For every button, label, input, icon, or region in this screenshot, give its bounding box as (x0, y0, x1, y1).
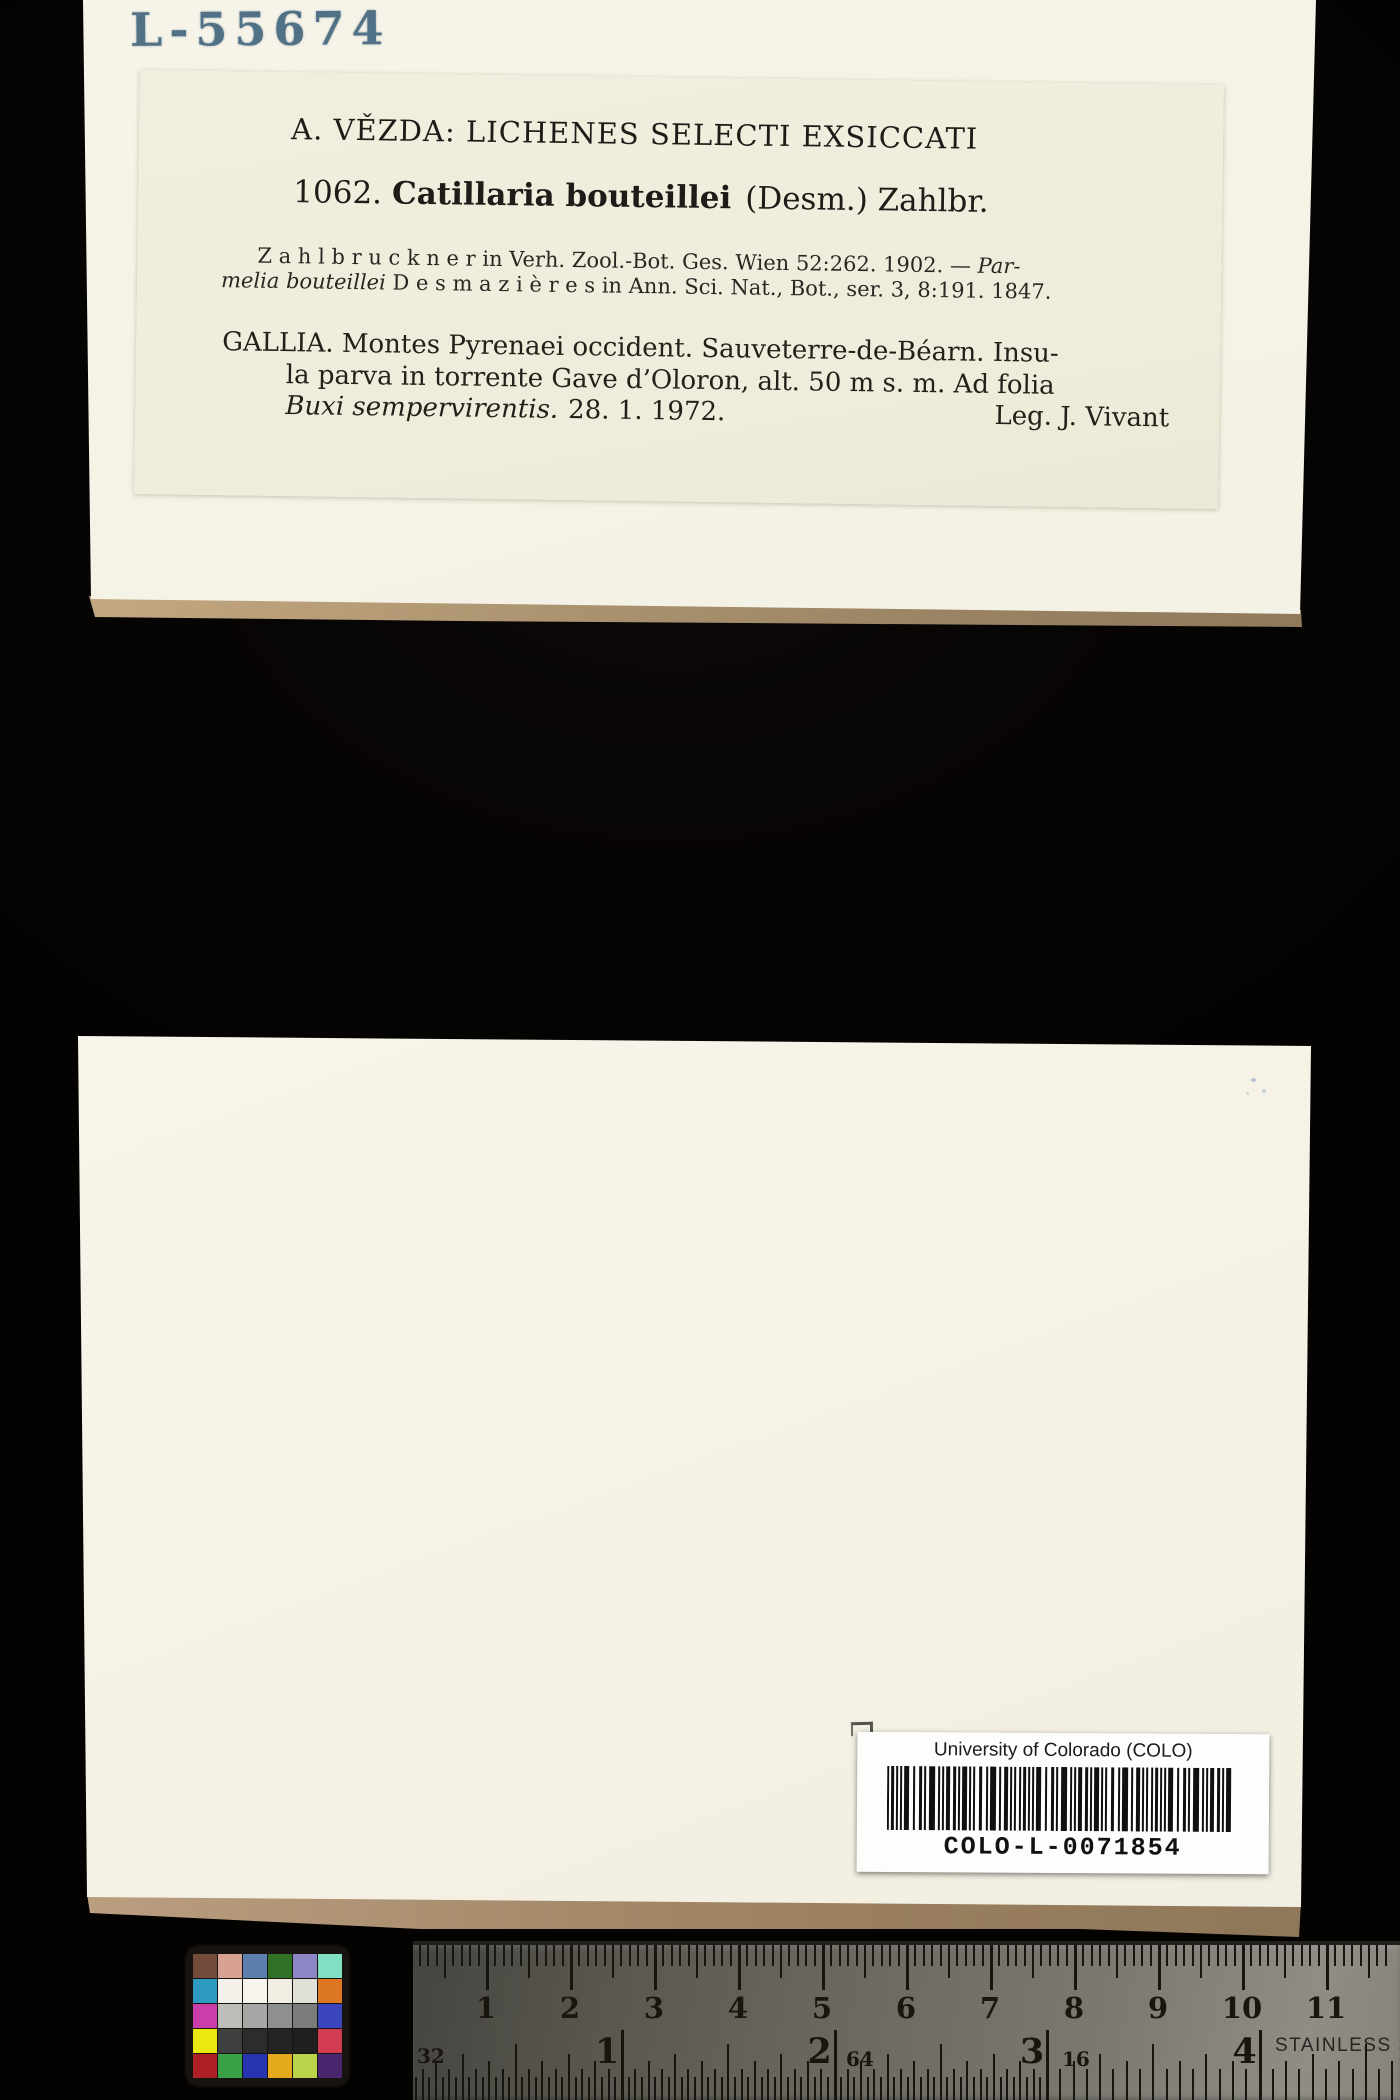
cm-tick (1326, 1945, 1329, 1990)
inch-tick (754, 2061, 756, 2100)
barcode-number: COLO-L-0071854 (857, 1832, 1269, 1864)
cm-tick (1259, 1945, 1261, 1966)
cm-tick (444, 1945, 446, 1978)
inch-tick (588, 2077, 590, 2100)
inch-tick (415, 2077, 417, 2100)
inch-number: 4 (1232, 2031, 1256, 2072)
cm-tick (1091, 1945, 1093, 1966)
species-name: Catillaria bouteillei (392, 176, 732, 217)
inch-tick (1013, 2077, 1015, 2100)
inch-tick (661, 2069, 663, 2100)
collection-date: 28. 1. 1972. (568, 395, 726, 429)
inch-tick (568, 2054, 570, 2100)
cm-tick (814, 1945, 816, 1966)
inch-tick (1152, 2044, 1154, 2100)
ink-speck (1262, 1089, 1266, 1093)
color-patch (193, 2029, 217, 2053)
cm-tick (982, 1945, 984, 1966)
label-series-title: A. VĚZDA: LICHENES SELECTI EXSICCATI (291, 112, 979, 156)
cm-tick (646, 1945, 648, 1966)
cm-tick (1082, 1945, 1084, 1966)
cm-tick (906, 1945, 909, 1990)
cm-tick (914, 1945, 916, 1966)
cm-tick (452, 1945, 454, 1966)
color-patch (318, 2029, 342, 2053)
cm-tick (671, 1945, 673, 1966)
inch-tick (515, 2044, 517, 2100)
cm-number: 5 (812, 1991, 832, 2025)
cm-number: 6 (896, 1991, 916, 2025)
inch-tick (1000, 2077, 1002, 2100)
cm-tick (1360, 1945, 1362, 1966)
inch-tick (920, 2077, 922, 2100)
cm-tick (553, 1945, 555, 1966)
inch-tick (834, 2030, 837, 2100)
cm-tick (1318, 1945, 1320, 1966)
inch-tick (1099, 2054, 1101, 2100)
inch-tick (827, 2077, 829, 2100)
cm-number: 2 (560, 1991, 580, 2025)
cm-tick (654, 1945, 657, 1990)
cm-tick (839, 1945, 841, 1966)
cm-tick (1032, 1945, 1034, 1978)
cm-tick (637, 1945, 639, 1966)
inch-tick (761, 2077, 763, 2100)
cm-tick (1343, 1945, 1345, 1966)
inch-tick (814, 2077, 816, 2100)
color-patch (268, 2004, 292, 2028)
cm-tick (738, 1945, 741, 1990)
cm-tick (1284, 1945, 1286, 1978)
cm-tick (1301, 1945, 1303, 1966)
cm-tick (830, 1945, 832, 1966)
cm-tick (570, 1945, 573, 1990)
inch-tick (1312, 2054, 1314, 2100)
specimen-photo: L-55674 A. VĚZDA: LICHENES SELECTI EXSIC… (0, 0, 1400, 2100)
inch-tick (687, 2069, 689, 2100)
inch-tick (428, 2077, 430, 2100)
inch-tick (734, 2077, 736, 2100)
color-patch (293, 2029, 317, 2053)
cm-number: 10 (1222, 1991, 1262, 2025)
color-patch (243, 2054, 267, 2078)
inch-tick (482, 2077, 484, 2100)
cm-tick (898, 1945, 900, 1966)
inch-number: 2 (807, 2031, 831, 2072)
inch-tick (1112, 2069, 1114, 2100)
color-chart-grid (193, 1954, 342, 2078)
cm-tick (1158, 1945, 1161, 1990)
cm-tick (469, 1945, 471, 1966)
fraction-label-64: 64 (846, 2047, 874, 2071)
inch-tick (614, 2077, 616, 2100)
inch-tick (973, 2077, 975, 2100)
cm-tick (772, 1945, 774, 1966)
cm-tick (940, 1945, 942, 1966)
cm-tick (1368, 1945, 1370, 1978)
citation-line1-italic: Par- (977, 254, 1020, 279)
inch-tick (455, 2077, 457, 2100)
cm-tick (948, 1945, 950, 1978)
color-patch (293, 1954, 317, 1978)
inch-tick (1259, 2030, 1262, 2100)
inch-tick (1026, 2077, 1028, 2100)
cm-tick (1049, 1945, 1051, 1966)
cm-tick (486, 1945, 489, 1990)
cm-tick (965, 1945, 967, 1966)
cm-number: 1 (476, 1991, 496, 2025)
cm-tick (1133, 1945, 1135, 1966)
barcode-bars (887, 1766, 1239, 1832)
color-patch (193, 1979, 217, 2003)
inch-tick (1245, 2069, 1247, 2100)
inch-tick (953, 2069, 955, 2100)
inch-tick (628, 2077, 630, 2100)
inch-tick (528, 2069, 530, 2100)
inch-tick (535, 2077, 537, 2100)
cm-tick (763, 1945, 765, 1966)
color-patch (193, 1954, 217, 1978)
inch-tick (502, 2069, 504, 2100)
cm-number: 9 (1148, 1991, 1168, 2025)
cm-tick (629, 1945, 631, 1966)
cm-tick (721, 1945, 723, 1966)
cm-tick (1024, 1945, 1026, 1966)
cm-tick (755, 1945, 757, 1966)
cm-tick (1242, 1945, 1245, 1990)
cm-number: 3 (644, 1991, 664, 2025)
cm-tick (545, 1945, 547, 1966)
inch-tick (714, 2069, 716, 2100)
color-patch (243, 2029, 267, 2053)
inch-tick (634, 2069, 636, 2100)
inch-tick (495, 2077, 497, 2100)
inch-tick (1272, 2069, 1274, 2100)
color-patch (218, 2004, 242, 2028)
cm-tick (587, 1945, 589, 1966)
color-patch (243, 1954, 267, 1978)
cm-tick (872, 1945, 874, 1966)
inch-tick (1179, 2061, 1181, 2100)
inch-tick (488, 2061, 490, 2100)
cm-number: 8 (1064, 1991, 1084, 2025)
cm-tick (1141, 1945, 1143, 1966)
fraction-label-32: 32 (417, 2044, 445, 2068)
cm-tick (1309, 1945, 1311, 1966)
cm-tick (1099, 1945, 1101, 1966)
cm-tick (1183, 1945, 1185, 1966)
cm-tick (990, 1945, 993, 1990)
inch-tick (575, 2077, 577, 2100)
cm-tick (1225, 1945, 1227, 1966)
cm-tick (679, 1945, 681, 1966)
inch-tick (887, 2054, 889, 2100)
cm-tick (1292, 1945, 1294, 1966)
inch-tick (694, 2077, 696, 2100)
inch-tick (927, 2069, 929, 2100)
color-patch (243, 1979, 267, 2003)
inch-tick (980, 2069, 982, 2100)
cm-tick (562, 1945, 564, 1966)
cm-tick (595, 1945, 597, 1966)
inch-tick (1046, 2030, 1049, 2100)
cm-tick (788, 1945, 790, 1966)
cm-tick (856, 1945, 858, 1966)
label-locality: GALLIA. Montes Pyrenaei occident. Sauvet… (221, 327, 1216, 435)
cm-tick (998, 1945, 1000, 1966)
inch-tick (960, 2077, 962, 2100)
inch-tick (1352, 2069, 1354, 2100)
cm-number: 7 (980, 1991, 1000, 2025)
collection-number: 1062. (293, 174, 382, 211)
accession-stamp: L-55674 (130, 1, 391, 57)
inch-tick (581, 2069, 583, 2100)
cm-tick (1276, 1945, 1278, 1966)
inch-tick (867, 2077, 869, 2100)
inch-tick (721, 2077, 723, 2100)
inch-tick (913, 2061, 915, 2100)
color-patch (268, 2029, 292, 2053)
cm-tick (973, 1945, 975, 1966)
cm-tick (889, 1945, 891, 1966)
inch-tick (475, 2069, 477, 2100)
inch-tick (508, 2077, 510, 2100)
color-patch (293, 1979, 317, 2003)
cm-tick (931, 1945, 933, 1966)
color-patch (243, 2004, 267, 2028)
color-patch (268, 1954, 292, 1978)
inch-tick (1006, 2069, 1008, 2100)
label-citation: Z a h l b r u c k n e r in Verh. Zool.-B… (221, 243, 1208, 307)
cm-tick (923, 1945, 925, 1966)
cm-tick (494, 1945, 496, 1966)
cm-tick (578, 1945, 580, 1966)
cm-tick (1385, 1945, 1387, 1966)
inch-tick (468, 2077, 470, 2100)
cm-tick (604, 1945, 606, 1966)
inch-tick (907, 2077, 909, 2100)
color-patch (293, 2054, 317, 2078)
inch-tick (548, 2077, 550, 2100)
inch-tick (993, 2054, 995, 2100)
color-patch (318, 2054, 342, 2078)
cm-tick (746, 1945, 748, 1966)
cm-tick (1334, 1945, 1336, 1966)
inch-tick (668, 2077, 670, 2100)
inch-tick (747, 2077, 749, 2100)
inch-tick (707, 2077, 709, 2100)
color-patch (268, 2054, 292, 2078)
cm-tick (1217, 1945, 1219, 1966)
cm-tick (520, 1945, 522, 1966)
cm-tick (1192, 1945, 1194, 1966)
inch-tick (794, 2069, 796, 2100)
color-patch (318, 1954, 342, 1978)
cm-tick (1108, 1945, 1110, 1966)
inch-tick (893, 2077, 895, 2100)
cm-tick (822, 1945, 825, 1990)
cm-tick (713, 1945, 715, 1966)
inch-tick (442, 2077, 444, 2100)
cm-tick (1208, 1945, 1210, 1966)
cm-tick (419, 1945, 421, 1966)
inch-tick (946, 2077, 948, 2100)
inch-tick (521, 2077, 523, 2100)
cm-tick (620, 1945, 622, 1966)
cm-tick (1057, 1945, 1059, 1966)
inch-tick (641, 2077, 643, 2100)
inch-tick (1325, 2069, 1327, 2100)
cm-number: 4 (728, 1991, 748, 2025)
color-patch (218, 1954, 242, 1978)
host-plant: Buxi sempervirentis. (285, 391, 558, 426)
inch-tick (555, 2069, 557, 2100)
ink-speck (1246, 1092, 1249, 1095)
inch-tick (674, 2054, 676, 2100)
color-patch (193, 2054, 217, 2078)
inch-tick (1219, 2069, 1221, 2100)
cm-tick (1150, 1945, 1152, 1966)
cm-tick (704, 1945, 706, 1966)
cm-tick (536, 1945, 538, 1966)
cm-tick (847, 1945, 849, 1966)
inch-tick (880, 2077, 882, 2100)
cm-tick (503, 1945, 505, 1966)
inch-tick (820, 2069, 822, 2100)
fraction-label-16: 16 (1062, 2047, 1090, 2071)
cm-tick (1074, 1945, 1077, 1990)
inch-tick (701, 2061, 703, 2100)
cm-tick (478, 1945, 480, 1966)
cm-tick (688, 1945, 690, 1966)
inch-tick (608, 2069, 610, 2100)
inch-tick (1139, 2069, 1141, 2100)
color-patch (293, 2004, 317, 2028)
inch-tick (1391, 2061, 1393, 2100)
collector: Leg. J. Vivant (994, 401, 1215, 436)
inch-tick (780, 2054, 782, 2100)
cm-tick (864, 1945, 866, 1978)
color-patch (318, 2004, 342, 2028)
inch-tick (681, 2077, 683, 2100)
inch-tick (800, 2077, 802, 2100)
cm-tick (730, 1945, 732, 1966)
inch-tick (1166, 2069, 1168, 2100)
exsiccati-label: A. VĚZDA: LICHENES SELECTI EXSICCATI 106… (134, 70, 1224, 509)
inch-tick (940, 2044, 942, 2100)
inch-tick (1205, 2054, 1207, 2100)
inch-tick (1059, 2069, 1061, 2100)
inch-tick (727, 2044, 729, 2100)
inch-tick (900, 2069, 902, 2100)
inch-tick (621, 2030, 624, 2100)
inch-tick (787, 2077, 789, 2100)
cm-tick (1175, 1945, 1177, 1966)
cm-tick (511, 1945, 513, 1966)
cm-tick (1166, 1945, 1168, 1966)
species-authority: (Desm.) Zahlbr. (745, 180, 989, 219)
cm-tick (528, 1945, 530, 1978)
inch-tick (966, 2061, 968, 2100)
cm-tick (1234, 1945, 1236, 1966)
inch-number: 3 (1020, 2031, 1044, 2072)
cm-tick (1007, 1945, 1009, 1966)
cm-tick (427, 1945, 429, 1966)
cm-tick (1200, 1945, 1202, 1978)
color-patch (218, 2029, 242, 2053)
inch-tick (648, 2061, 650, 2100)
barcode-gap (1231, 1768, 1233, 1832)
inch-tick (933, 2077, 935, 2100)
inch-tick (422, 2069, 424, 2100)
inch-tick (1378, 2069, 1380, 2100)
inch-tick (774, 2077, 776, 2100)
inch-tick (654, 2077, 656, 2100)
cm-number: 11 (1306, 1991, 1346, 2025)
cm-tick (1376, 1945, 1378, 1966)
inch-tick (840, 2077, 842, 2100)
inch-tick (1285, 2061, 1287, 2100)
cm-tick (1250, 1945, 1252, 1966)
inch-tick (986, 2077, 988, 2100)
cm-tick (1351, 1945, 1353, 1966)
citation-line2-italic: melia bouteillei (221, 268, 386, 294)
color-calibration-chart (186, 1946, 349, 2086)
inch-tick (767, 2069, 769, 2100)
inch-tick (853, 2077, 855, 2100)
barcode-institution: University of Colorado (COLO) (857, 1739, 1269, 1764)
ink-speck (1251, 1078, 1256, 1082)
cm-tick (662, 1945, 664, 1966)
color-patch (268, 1979, 292, 2003)
color-patch (318, 1979, 342, 2003)
cm-tick (956, 1945, 958, 1966)
cm-tick (612, 1945, 614, 1978)
inch-tick (541, 2061, 543, 2100)
cm-tick (436, 1945, 438, 1966)
inch-tick (1192, 2069, 1194, 2100)
inch-tick (1126, 2061, 1128, 2100)
inch-tick (847, 2069, 849, 2100)
color-patch (218, 1979, 242, 2003)
inch-tick (741, 2069, 743, 2100)
ruler-brand-text: STAINLESS STE (1275, 2035, 1400, 2057)
inch-tick (1039, 2077, 1041, 2100)
cm-tick (797, 1945, 799, 1966)
cm-tick (1040, 1945, 1042, 1966)
inch-tick (1338, 2061, 1340, 2100)
cm-tick (1124, 1945, 1126, 1966)
inch-tick (1086, 2069, 1088, 2100)
barcode-label: University of Colorado (COLO) COLO-L-007… (857, 1732, 1270, 1875)
cm-tick (696, 1945, 698, 1978)
color-patch (218, 2054, 242, 2078)
cm-tick (1116, 1945, 1118, 1978)
inch-tick (601, 2077, 603, 2100)
inch-tick (1033, 2069, 1035, 2100)
cm-tick (1066, 1945, 1068, 1966)
cm-tick (805, 1945, 807, 1966)
inch-number: 1 (595, 2031, 619, 2072)
cm-tick (881, 1945, 883, 1966)
inch-tick (448, 2069, 450, 2100)
cm-tick (461, 1945, 463, 1966)
cm-tick (1015, 1945, 1017, 1966)
inch-tick (561, 2077, 563, 2100)
color-patch (193, 2004, 217, 2028)
inch-tick (462, 2054, 464, 2100)
inch-tick (873, 2069, 875, 2100)
